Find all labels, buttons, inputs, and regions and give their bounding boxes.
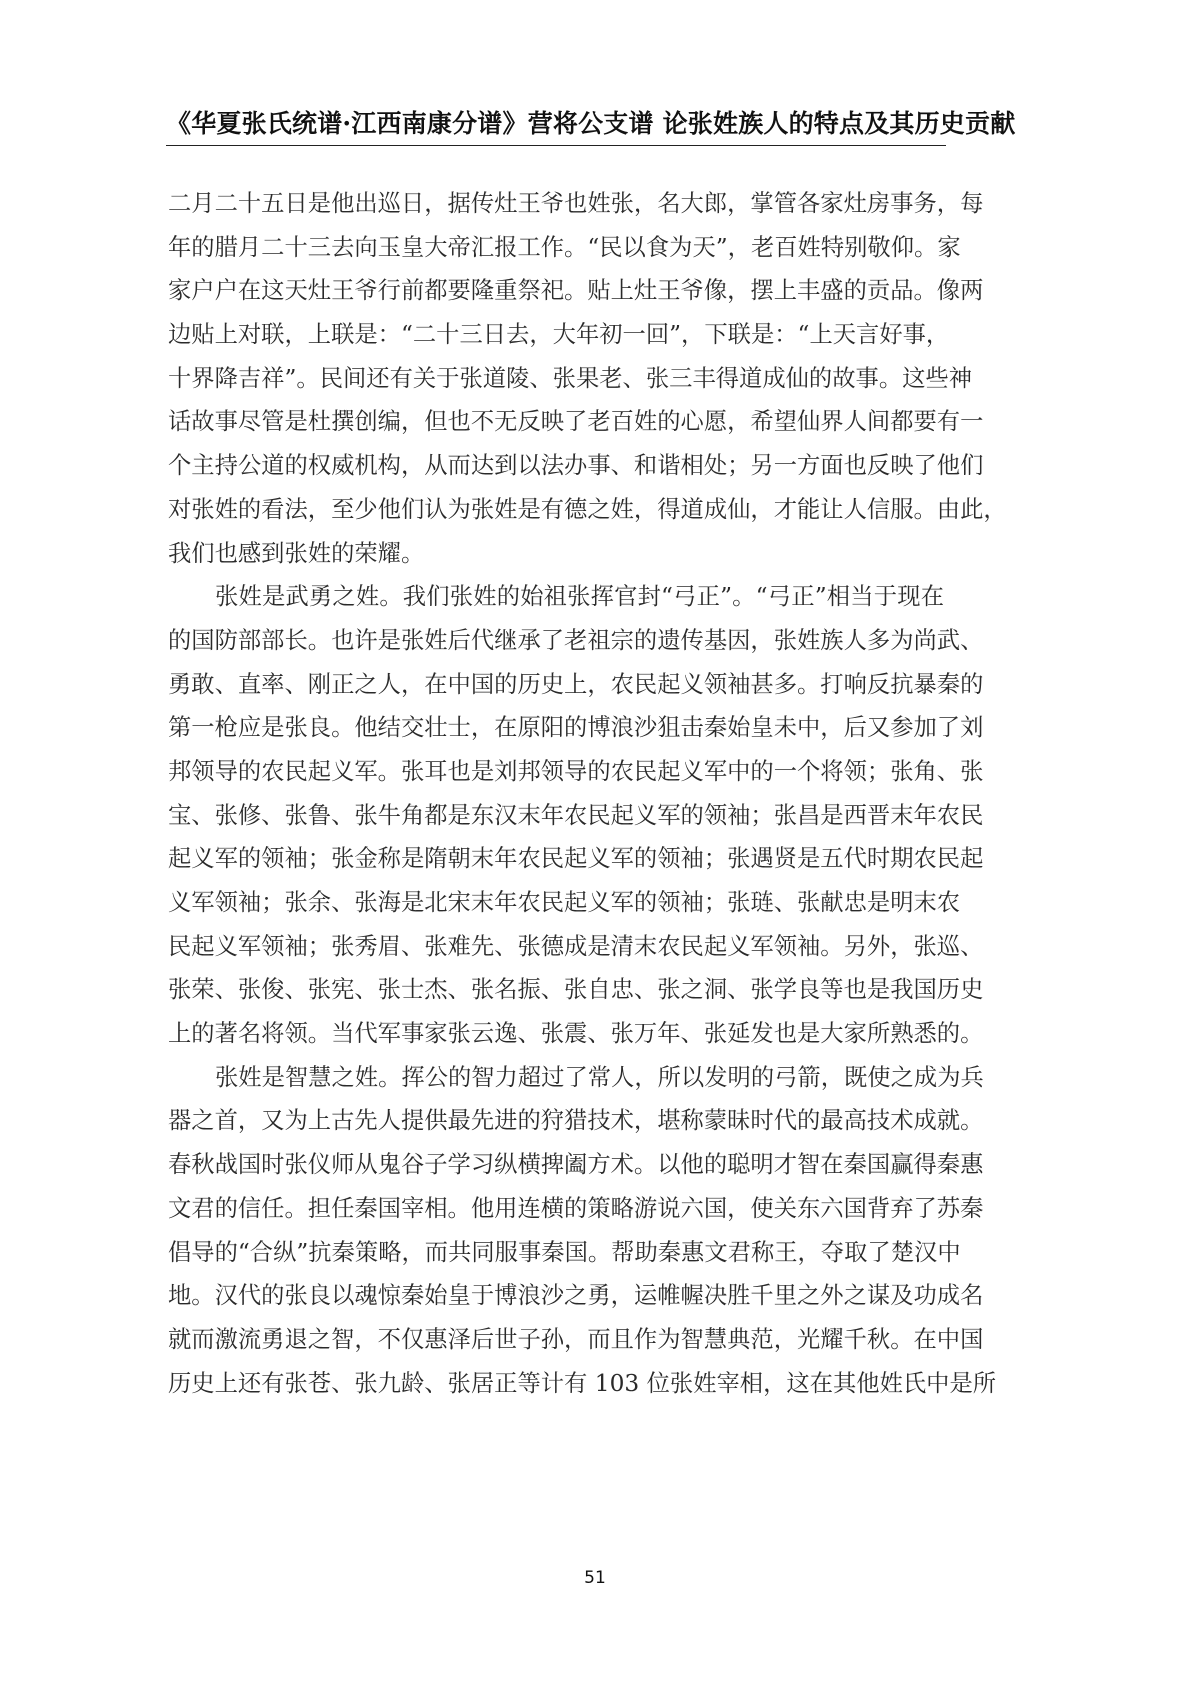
text-line: 对张姓的看法，至少他们认为张姓是有德之姓，得道成仙，才能让人信服。由此， bbox=[168, 488, 944, 532]
page-number: 51 bbox=[0, 1568, 1190, 1588]
document-page: 《华夏张氏统谱·江西南康分谱》营将公支谱 论张姓族人的特点及其历史贡献 二月二十… bbox=[0, 0, 1190, 1683]
text-line: 春秋战国时张仪师从鬼谷子学习纵横捭阖方术。以他的聪明才智在秦国赢得秦惠 bbox=[168, 1143, 944, 1187]
running-header: 《华夏张氏统谱·江西南康分谱》营将公支谱 论张姓族人的特点及其历史贡献 bbox=[166, 108, 946, 140]
paragraph-first-line: 张姓是武勇之姓。我们张姓的始祖张挥官封“弓正”。“弓正”相当于现在 bbox=[168, 575, 944, 619]
text-line: 边贴上对联，上联是：“二十三日去，大年初一回”，下联是：“上天言好事， bbox=[168, 313, 944, 357]
text-line: 勇敢、直率、刚正之人，在中国的历史上，农民起义领袖甚多。打响反抗暴秦的 bbox=[168, 663, 944, 707]
text-line: 倡导的“合纵”抗秦策略，而共同服事秦国。帮助秦惠文君称王，夺取了楚汉中 bbox=[168, 1231, 944, 1275]
text-line: 个主持公道的权威机构，从而达到以法办事、和谐相处；另一方面也反映了他们 bbox=[168, 444, 944, 488]
body-text: 二月二十五日是他出巡日，据传灶王爷也姓张，名大郎，掌管各家灶房事务，每年的腊月二… bbox=[168, 182, 944, 1405]
text-line: 二月二十五日是他出巡日，据传灶王爷也姓张，名大郎，掌管各家灶房事务，每 bbox=[168, 182, 944, 226]
text-line: 十界降吉祥”。民间还有关于张道陵、张果老、张三丰得道成仙的故事。这些神 bbox=[168, 357, 944, 401]
text-line: 年的腊月二十三去向玉皇大帝汇报工作。“民以食为天”，老百姓特别敬仰。家 bbox=[168, 226, 944, 270]
text-line: 器之首，又为上古先人提供最先进的狩猎技术，堪称蒙昧时代的最高技术成就。 bbox=[168, 1099, 944, 1143]
text-line: 文君的信任。担任秦国宰相。他用连横的策略游说六国，使关东六国背弃了苏秦 bbox=[168, 1187, 944, 1231]
text-line: 历史上还有张苍、张九龄、张居正等计有 103 位张姓宰相，这在其他姓氏中是所 bbox=[168, 1362, 944, 1406]
text-line: 起义军的领袖；张金称是隋朝末年农民起义军的领袖；张遇贤是五代时期农民起 bbox=[168, 837, 944, 881]
text-line: 家户户在这天灶王爷行前都要隆重祭祀。贴上灶王爷像，摆上丰盛的贡品。像两 bbox=[168, 269, 944, 313]
text-line: 第一枪应是张良。他结交壮士，在原阳的博浪沙狙击秦始皇未中，后又参加了刘 bbox=[168, 706, 944, 750]
text-line: 上的著名将领。当代军事家张云逸、张震、张万年、张延发也是大家所熟悉的。 bbox=[168, 1012, 944, 1056]
text-line: 民起义军领袖；张秀眉、张难先、张德成是清末农民起义军领袖。另外，张巡、 bbox=[168, 925, 944, 969]
text-line: 地。汉代的张良以魂惊秦始皇于博浪沙之勇，运帷幄决胜千里之外之谋及功成名 bbox=[168, 1274, 944, 1318]
text-line: 就而激流勇退之智，不仅惠泽后世子孙，而且作为智慧典范，光耀千秋。在中国 bbox=[168, 1318, 944, 1362]
text-line: 话故事尽管是杜撰创编，但也不无反映了老百姓的心愿，希望仙界人间都要有一 bbox=[168, 400, 944, 444]
text-line: 张荣、张俊、张宪、张士杰、张名振、张自忠、张之洞、张学良等也是我国历史 bbox=[168, 968, 944, 1012]
text-line: 宝、张修、张鲁、张牛角都是东汉末年农民起义军的领袖；张昌是西晋末年农民 bbox=[168, 794, 944, 838]
text-line: 我们也感到张姓的荣耀。 bbox=[168, 532, 944, 576]
text-line: 的国防部部长。也许是张姓后代继承了老祖宗的遗传基因，张姓族人多为尚武、 bbox=[168, 619, 944, 663]
header-divider bbox=[166, 145, 946, 146]
text-line: 义军领袖；张余、张海是北宋末年农民起义军的领袖；张琏、张献忠是明末农 bbox=[168, 881, 944, 925]
paragraph-first-line: 张姓是智慧之姓。挥公的智力超过了常人，所以发明的弓箭，既使之成为兵 bbox=[168, 1056, 944, 1100]
text-line: 邦领导的农民起义军。张耳也是刘邦领导的农民起义军中的一个将领；张角、张 bbox=[168, 750, 944, 794]
